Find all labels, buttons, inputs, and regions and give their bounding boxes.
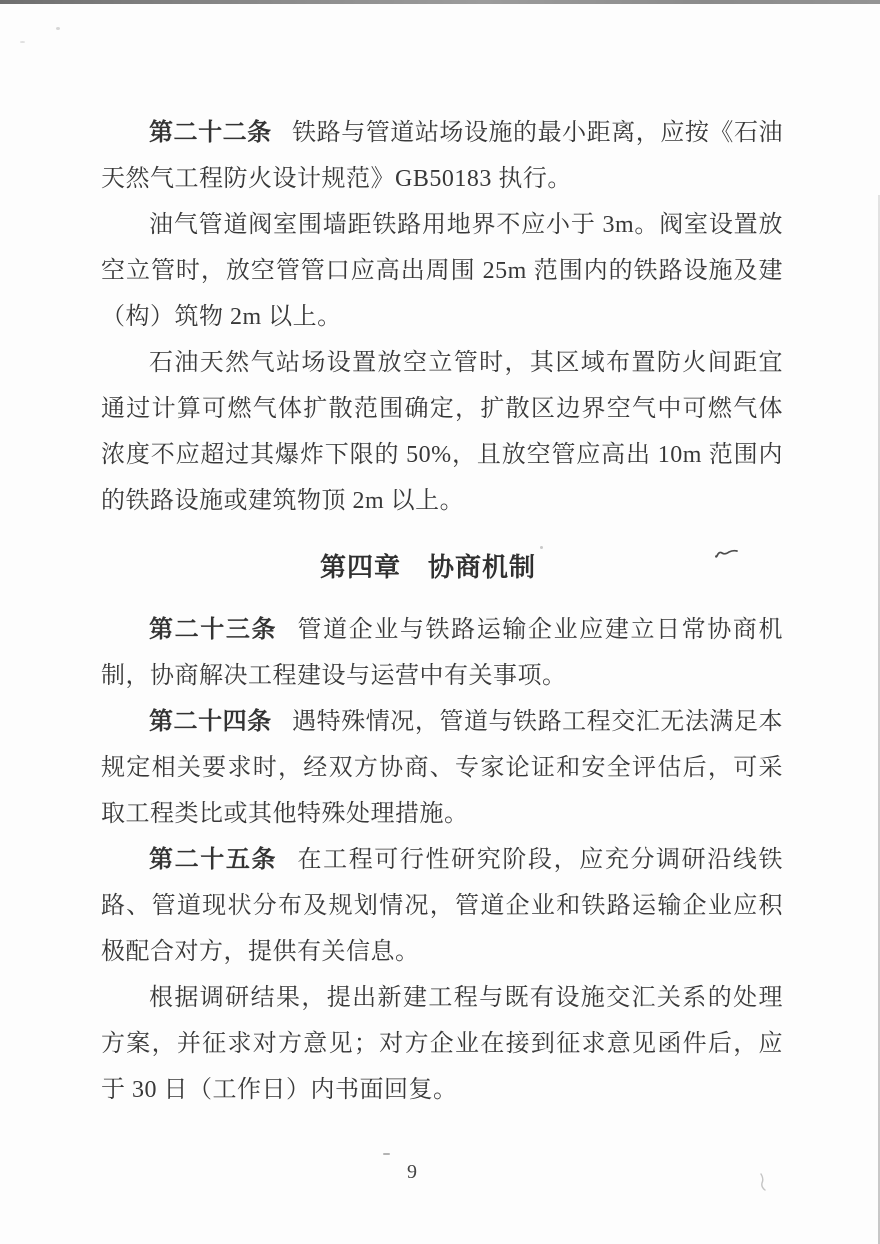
scan-squiggle-mark xyxy=(755,1172,771,1197)
article-number: 第二十三条 xyxy=(149,616,277,643)
paragraph-text: 根据调研结果，提出新建工程与既有设施交汇关系的处理方案，并征求对方意见；对方企业… xyxy=(101,985,783,1103)
chapter-heading: 第四章 协商机制 xyxy=(101,544,755,590)
body-paragraph: 油气管道阀室围墙距铁路用地界不应小于 3m。阀室设置放空立管时，放空管管口应高出… xyxy=(101,202,783,340)
article-number: 第二十五条 xyxy=(149,846,277,873)
article-paragraph: 第二十四条遇特殊情况，管道与铁路工程交汇无法满足本规定相关要求时，经双方协商、专… xyxy=(101,699,783,837)
page-number: 9 xyxy=(398,1158,426,1186)
document-body: 第二十二条铁路与管道站场设施的最小距离，应按《石油天然气工程防火设计规范》GB5… xyxy=(101,110,783,1113)
article-paragraph: 第二十三条管道企业与铁路运输企业应建立日常协商机制，协商解决工程建设与运营中有关… xyxy=(101,607,783,699)
paragraph-text: 石油天然气站场设置放空立管时，其区域布置防火间距宜通过计算可燃气体扩散范围确定，… xyxy=(101,350,783,514)
scan-speck xyxy=(20,41,25,43)
body-paragraph: 根据调研结果，提出新建工程与既有设施交汇关系的处理方案，并征求对方意见；对方企业… xyxy=(101,975,783,1113)
article-paragraph: 第二十五条在工程可行性研究阶段，应充分调研沿线铁路、管道现状分布及规划情况，管道… xyxy=(101,837,783,975)
scan-dash-mark xyxy=(383,1153,390,1155)
article-number: 第二十四条 xyxy=(149,708,272,735)
body-paragraph: 石油天然气站场设置放空立管时，其区域布置防火间距宜通过计算可燃气体扩散范围确定，… xyxy=(101,340,783,524)
scan-speck xyxy=(56,27,60,30)
article-number: 第二十二条 xyxy=(149,119,272,146)
article-paragraph: 第二十二条铁路与管道站场设施的最小距离，应按《石油天然气工程防火设计规范》GB5… xyxy=(101,110,783,202)
paragraph-text: 油气管道阀室围墙距铁路用地界不应小于 3m。阀室设置放空立管时，放空管管口应高出… xyxy=(101,212,783,330)
scan-edge-top-line xyxy=(0,0,880,4)
